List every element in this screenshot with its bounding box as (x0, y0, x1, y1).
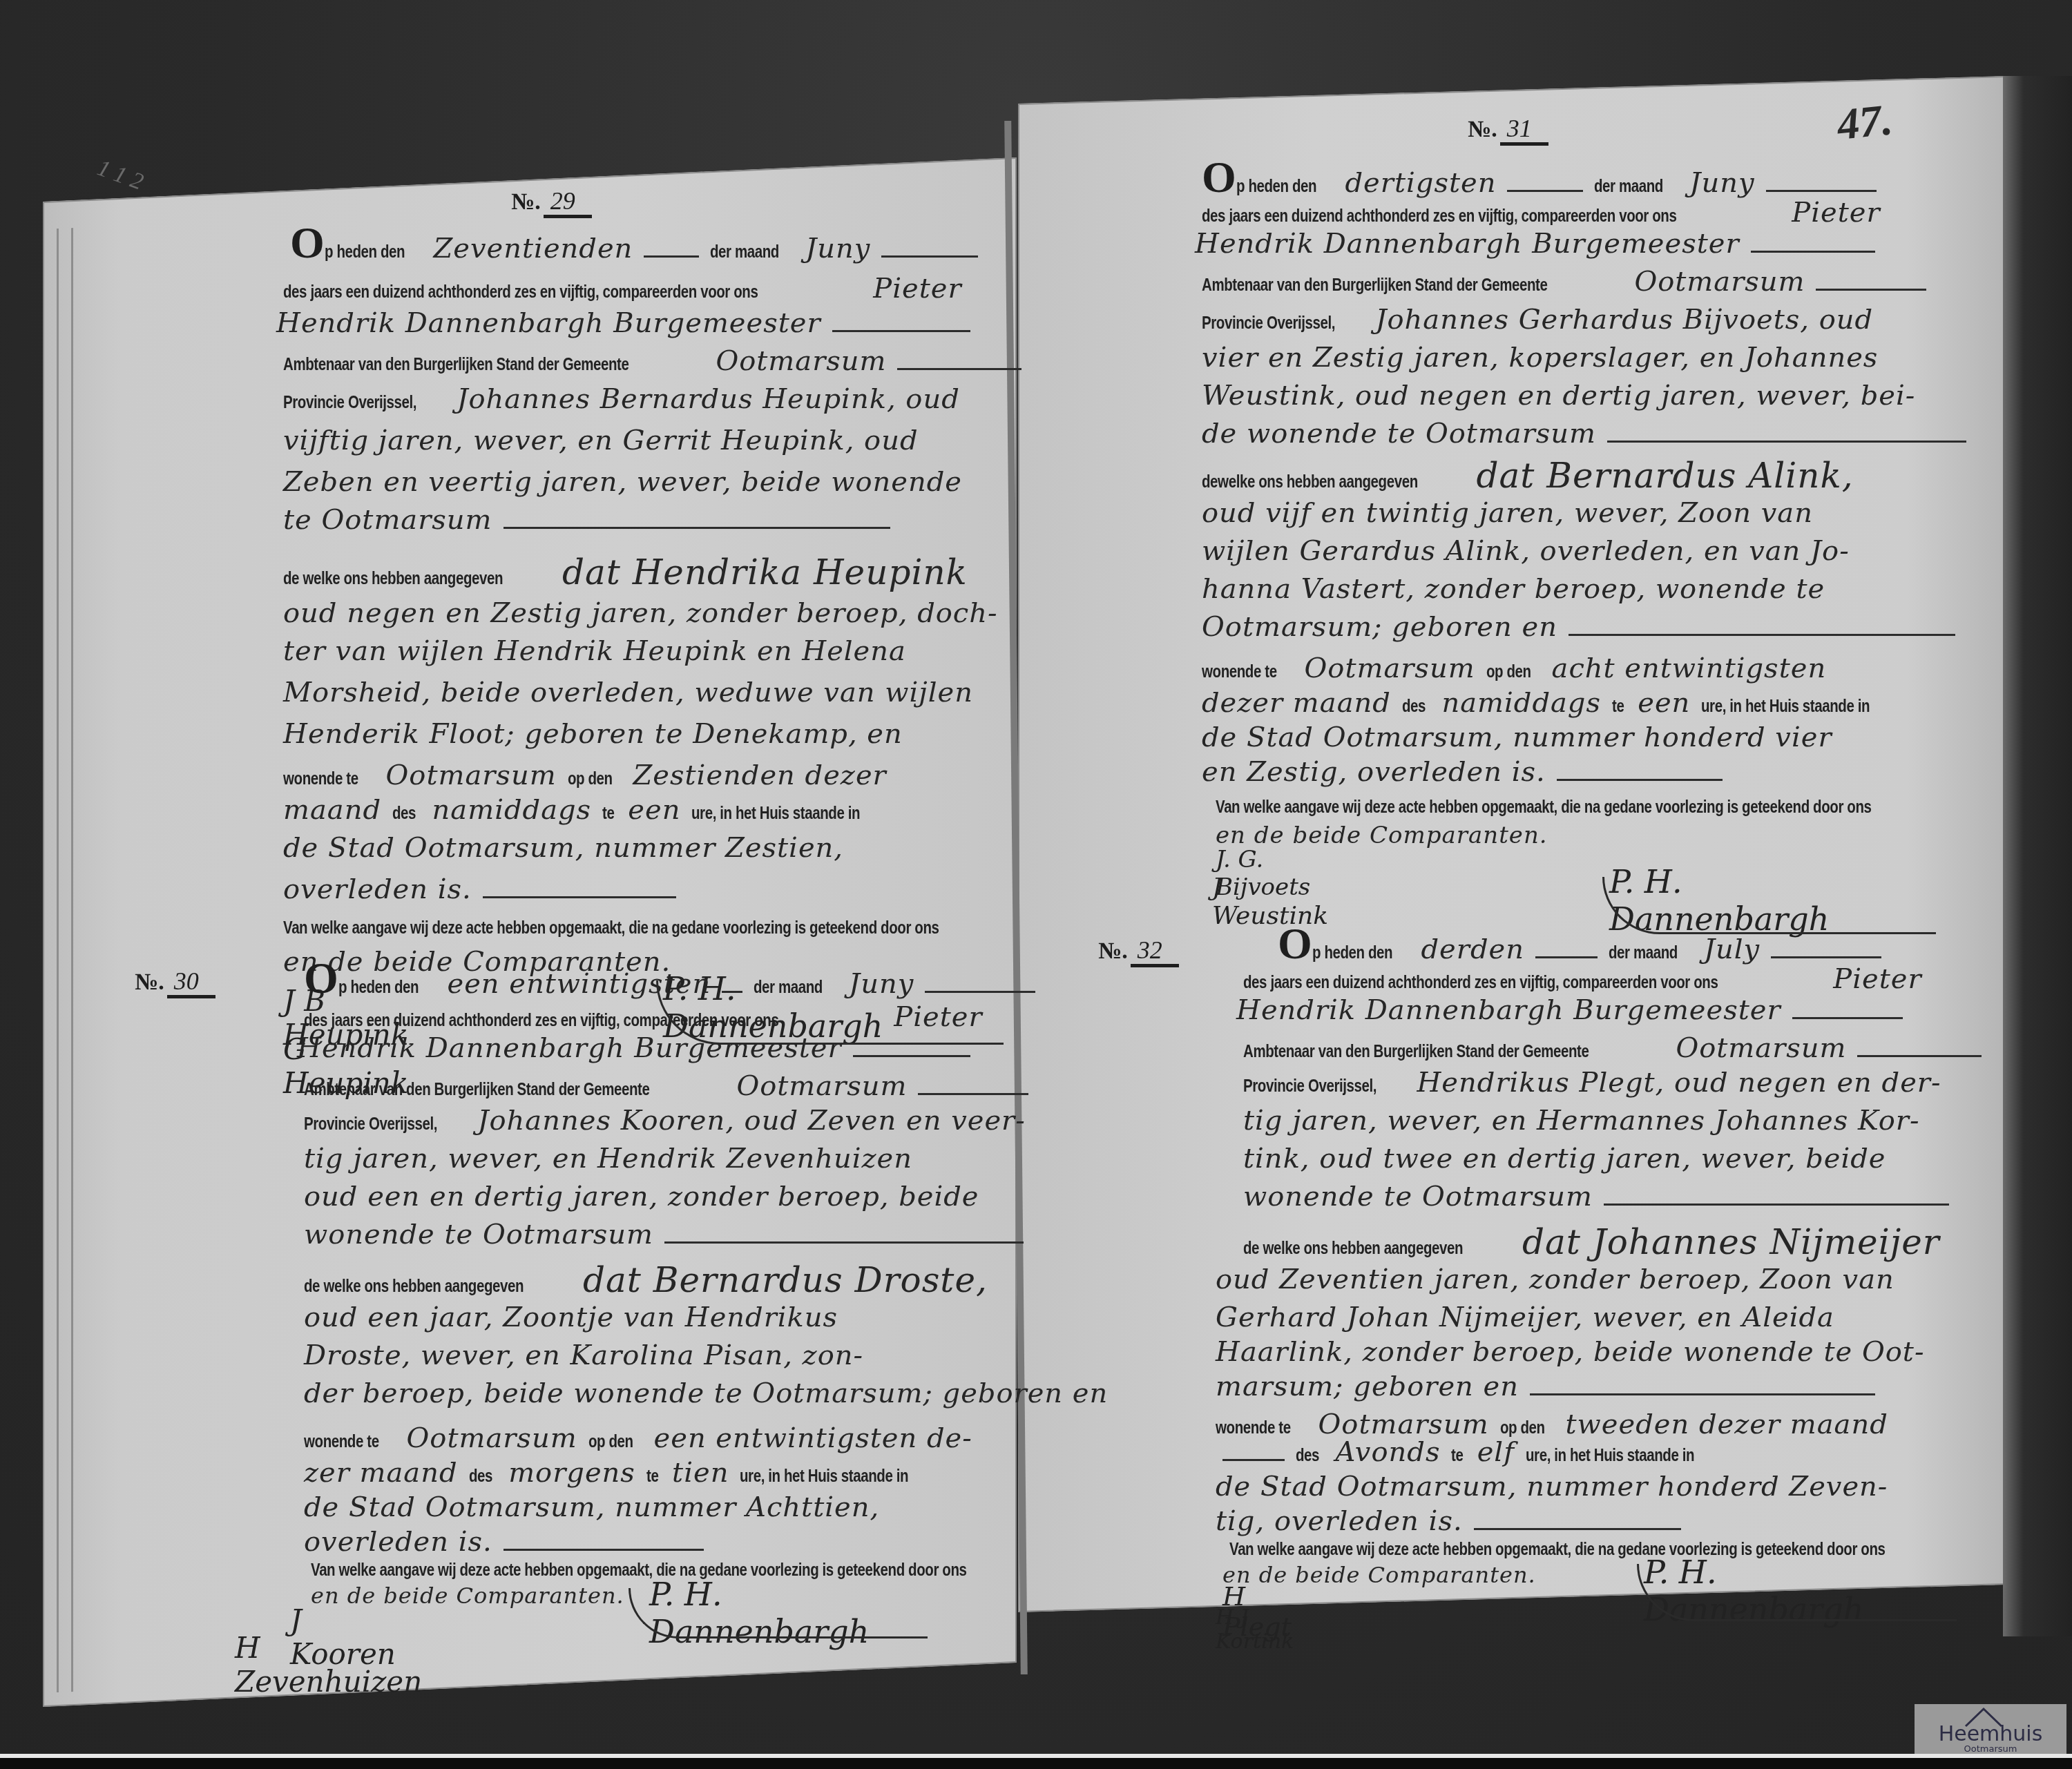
signature-flourish (656, 980, 1004, 1045)
folio-number: 47. (1834, 94, 1894, 151)
record-number: №.31 (1468, 114, 1548, 143)
date-line: Op heden den Zeventienden der maand Juny (290, 221, 978, 265)
house-roof-icon (1963, 1707, 2004, 1728)
scan-bottom-border (0, 1758, 2072, 1769)
watermark-subtitle: Ootmarsum (1964, 1745, 2017, 1754)
informant-signature: H J Kortink (1216, 1605, 1294, 1654)
record-number: №.32 (1098, 936, 1179, 965)
signature-flourish (629, 1588, 928, 1638)
signature-flourish (1602, 877, 1936, 934)
record-number: №.30 (135, 967, 215, 996)
signature-flourish (1637, 1564, 1957, 1621)
binding-margin-rule (57, 228, 73, 1692)
right-page-edge-shadow (2003, 76, 2072, 1636)
record-number: №.29 (511, 186, 592, 215)
heemhuis-watermark: Heemhuis Ootmarsum (1915, 1704, 2066, 1755)
informant-signature: H Zevenhuizen (235, 1631, 422, 1699)
